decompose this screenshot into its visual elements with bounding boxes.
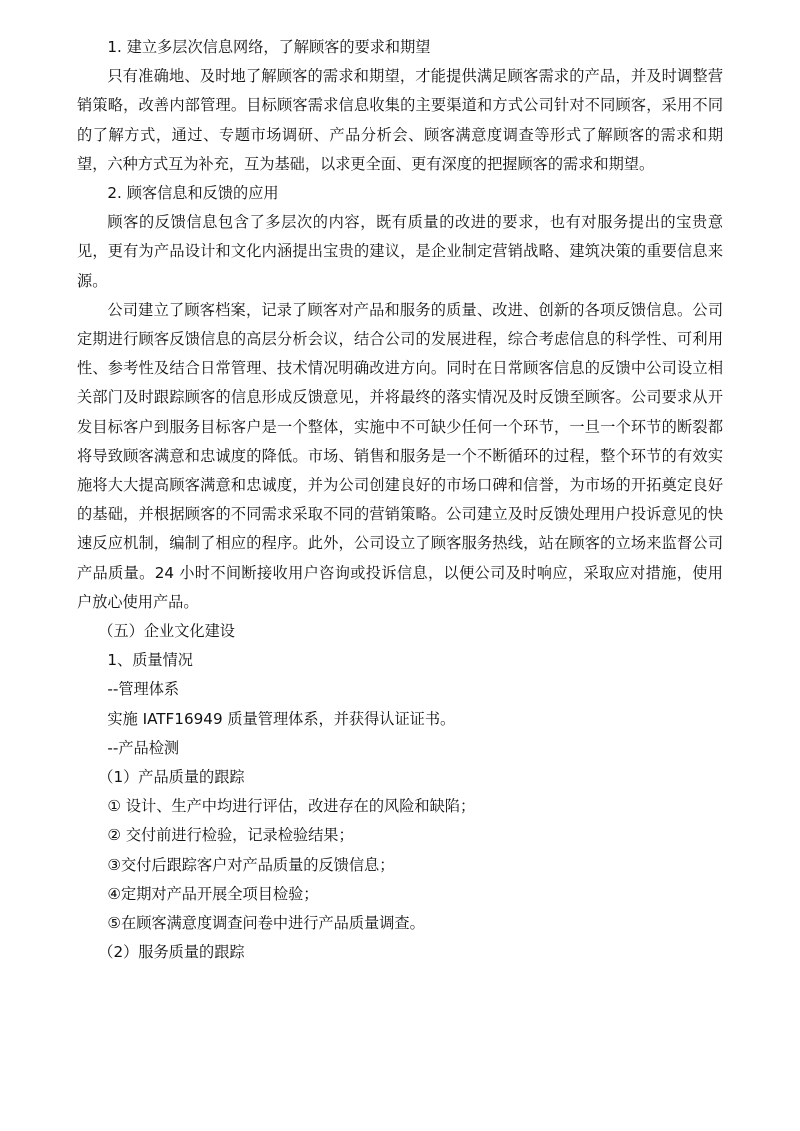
list-item-5: ⑤在顾客满意度调查问卷中进行产品质量调查。 bbox=[77, 909, 723, 938]
list-item-2: ② 交付前进行检验，记录检验结果； bbox=[77, 821, 723, 850]
label-product-inspection: --产品检测 bbox=[77, 734, 723, 763]
label-management-system: --管理体系 bbox=[77, 675, 723, 704]
subheading-service-quality-tracking: （2）服务质量的跟踪 bbox=[77, 938, 723, 967]
paragraph-feedback-content: 顾客的反馈信息包含了多层次的内容，既有质量的改进的要求，也有对服务提出的宝贵意见… bbox=[77, 208, 723, 296]
list-item-3: ③交付后跟踪客户对产品质量的反馈信息； bbox=[77, 851, 723, 880]
paragraph-customer-records: 公司建立了顾客档案，记录了顾客对产品和服务的质量、改进、创新的各项反馈信息。公司… bbox=[77, 296, 723, 617]
paragraph-customer-needs: 只有准确地、及时地了解顾客的需求和期望，才能提供满足顾客需求的产品，并及时调整营… bbox=[77, 62, 723, 179]
list-item-1: ① 设计、生产中均进行评估，改进存在的风险和缺陷； bbox=[77, 792, 723, 821]
paragraph-iatf-certification: 实施 IATF16949 质量管理体系，并获得认证证书。 bbox=[77, 705, 723, 734]
document-page: 1. 建立多层次信息网络，了解顾客的要求和期望 只有准确地、及时地了解顾客的需求… bbox=[77, 33, 723, 968]
subheading-product-quality-tracking: （1）产品质量的跟踪 bbox=[77, 763, 723, 792]
heading-customer-info-network: 1. 建立多层次信息网络，了解顾客的要求和期望 bbox=[77, 33, 723, 62]
heading-quality-status: 1、质量情况 bbox=[77, 646, 723, 675]
heading-feedback-application: 2. 顾客信息和反馈的应用 bbox=[77, 179, 723, 208]
section-heading-corporate-culture: （五）企业文化建设 bbox=[77, 617, 723, 646]
list-item-4: ④定期对产品开展全项目检验； bbox=[77, 880, 723, 909]
